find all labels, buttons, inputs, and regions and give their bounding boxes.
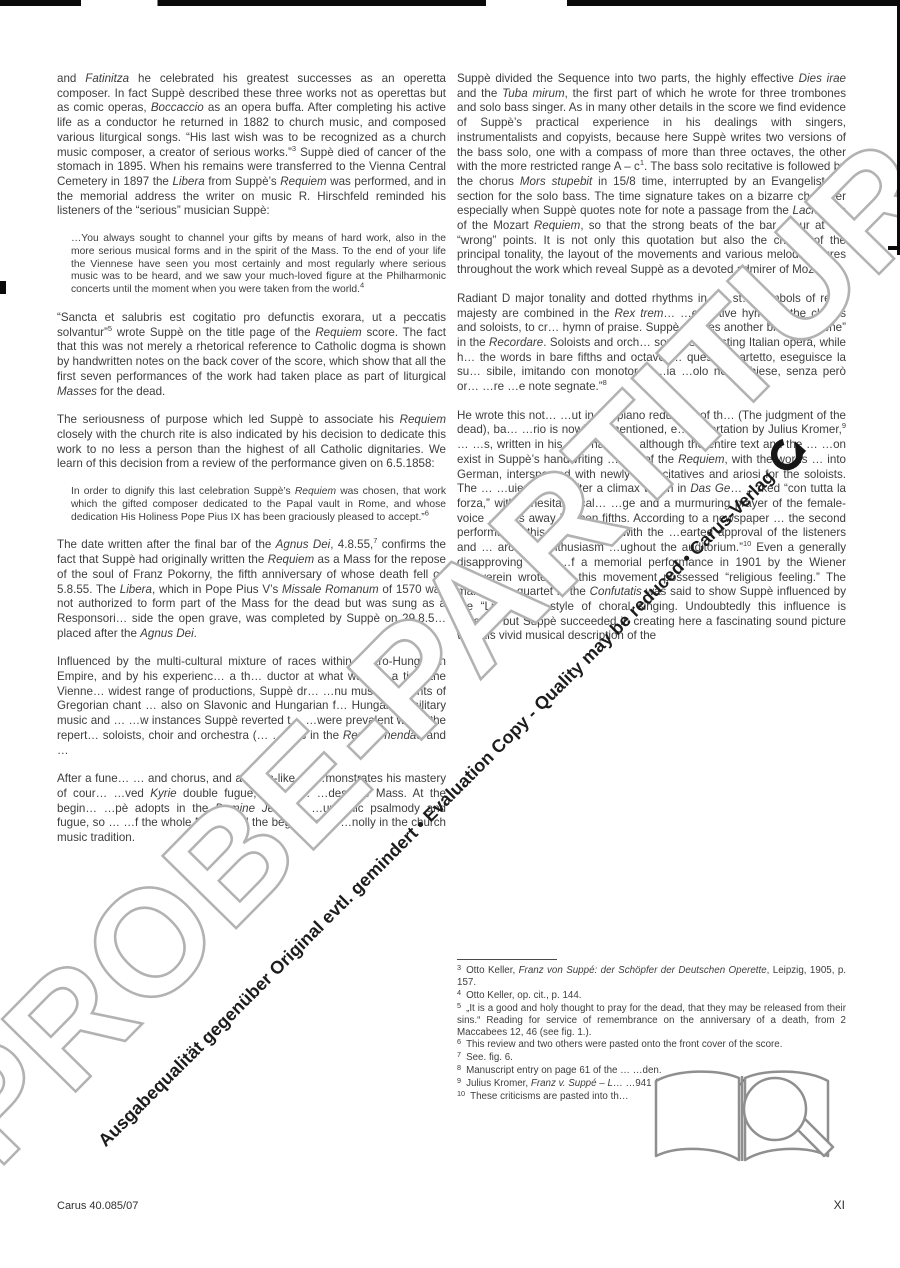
footnote-number: 6	[457, 1037, 461, 1046]
footnote-text: „It is a good and holy thought to pray f…	[457, 1003, 846, 1038]
footnote-number: 8	[457, 1063, 461, 1072]
footnote: 4Otto Keller, op. cit., p. 144.	[457, 990, 846, 1002]
scan-artifact-right-hook	[888, 246, 898, 250]
footer-page-number: XI	[834, 1198, 845, 1212]
book-magnifier-logo-icon	[648, 1066, 838, 1195]
paragraph: “Sancta et salubris est cogitatio pro de…	[57, 311, 446, 399]
footnote-separator	[457, 959, 557, 960]
footnote-number: 10	[457, 1089, 465, 1098]
footnote: 7See. fig. 6.	[457, 1052, 846, 1064]
paragraph: and Fatinitza he celebrated his greatest…	[57, 72, 446, 219]
footnote: 5„It is a good and holy thought to pray …	[457, 1003, 846, 1039]
footnote: 6This review and two others were pasted …	[457, 1039, 846, 1051]
block-quote: …You always sought to channel your gifts…	[71, 233, 446, 297]
footnote-number: 3	[457, 963, 461, 972]
footnote: 3Otto Keller, Franz von Suppé: der Schöp…	[457, 965, 846, 989]
scan-artifact-top-edge	[0, 0, 900, 6]
footnote-number: 4	[457, 988, 461, 997]
footnote-text: This review and two others were pasted o…	[466, 1039, 782, 1050]
footnote-number: 7	[457, 1050, 461, 1059]
scanned-document-page: and Fatinitza he celebrated his greatest…	[0, 0, 900, 1268]
footnote-text: Otto Keller, op. cit., p. 144.	[466, 990, 581, 1001]
footnote-text: Manuscript entry on page 61 of the … …de…	[466, 1065, 662, 1076]
footnote-text: These criticisms are pasted into th…	[470, 1091, 628, 1102]
footnote-number: 9	[457, 1076, 461, 1085]
paragraph: The seriousness of purpose which led Sup…	[57, 413, 446, 472]
footnote-text: Otto Keller, Franz von Suppé: der Schöpf…	[457, 965, 846, 988]
footer-catalog-number: Carus 40.085/07	[57, 1200, 138, 1212]
scan-artifact-left-blob	[0, 281, 6, 294]
block-quote: In order to dignify this last celebratio…	[71, 486, 446, 524]
footnote-number: 5	[457, 1001, 461, 1010]
footnote-text: See. fig. 6.	[466, 1052, 513, 1063]
